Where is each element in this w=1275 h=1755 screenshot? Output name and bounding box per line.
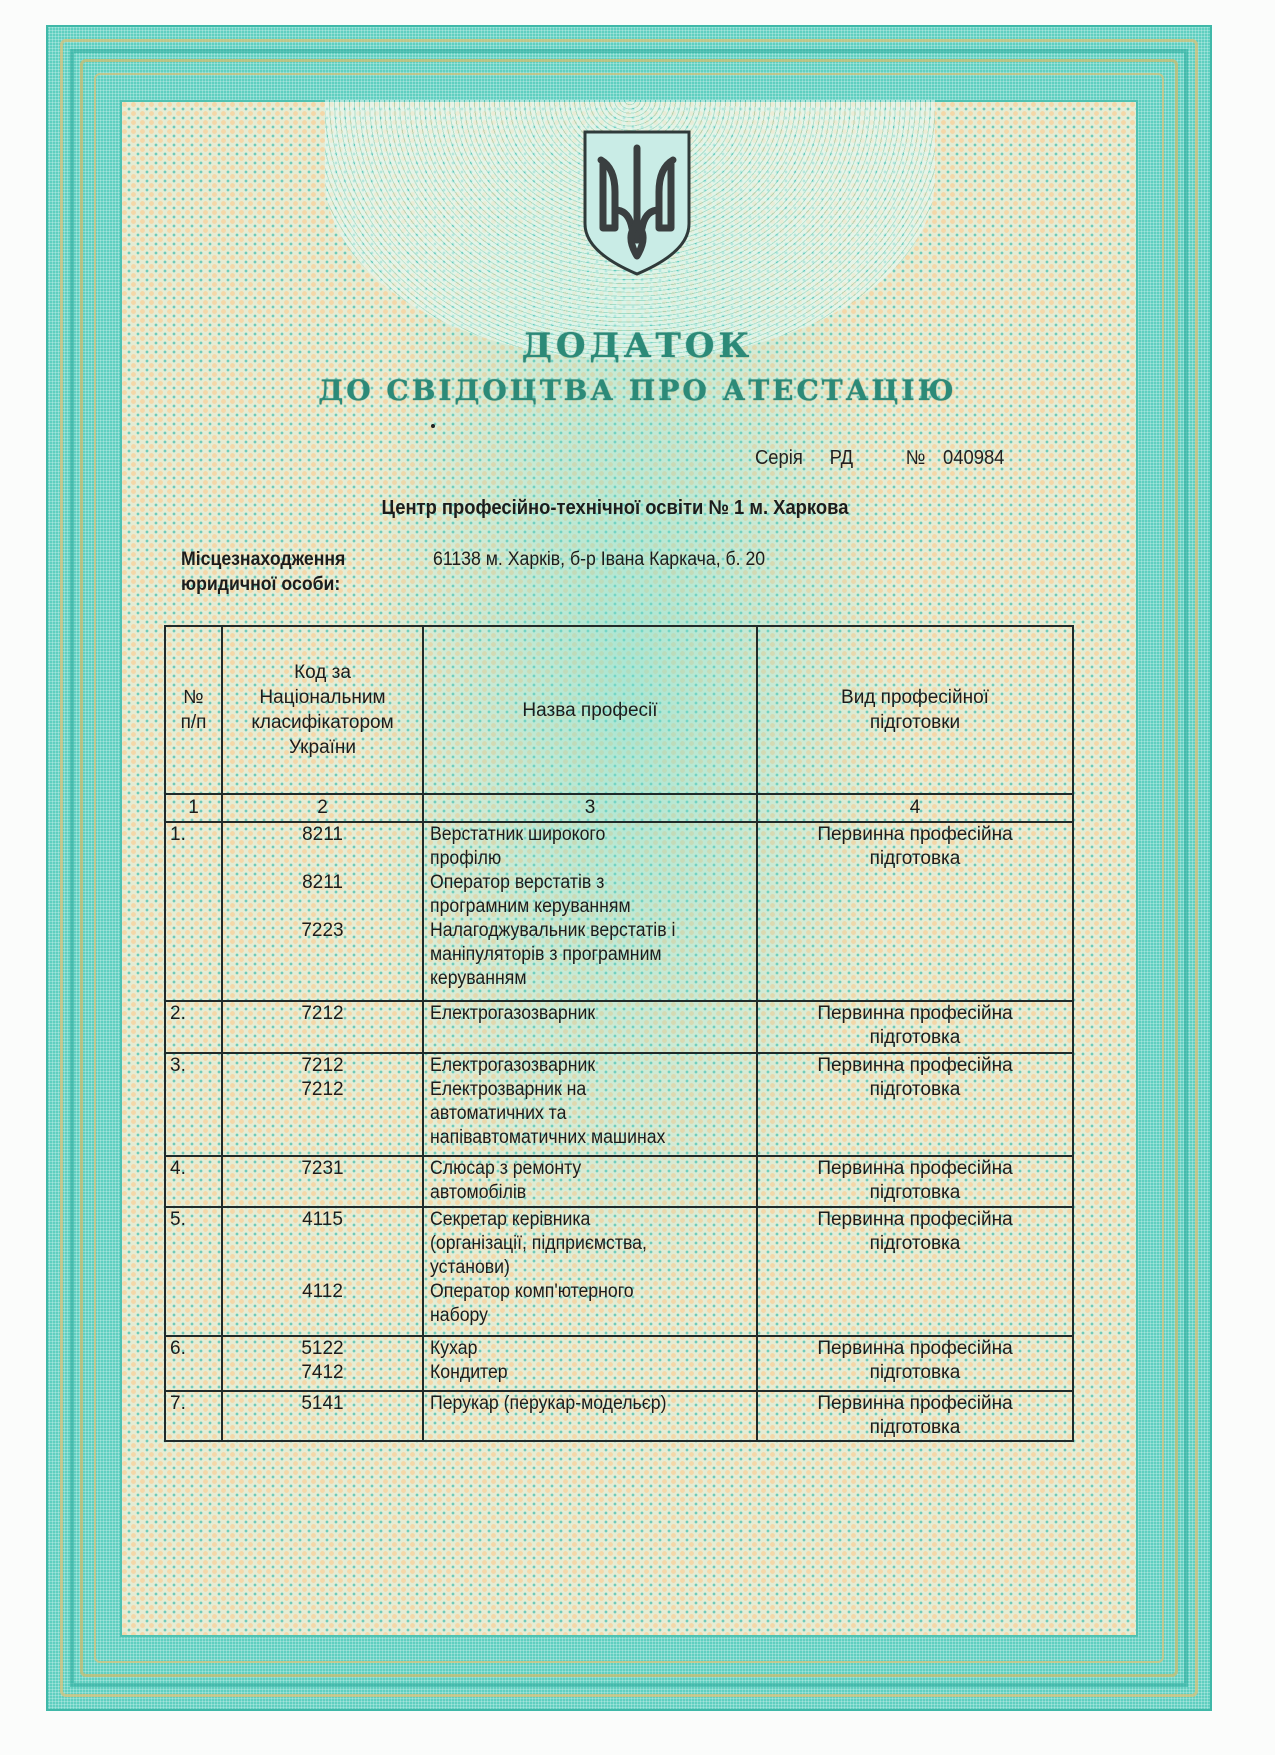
profession-name: Електрогазозварник bbox=[423, 1001, 757, 1053]
training-type: Первинна професійнапідготовка bbox=[757, 1391, 1073, 1441]
table-row: 4.7231Слюсар з ремонтуавтомобілівПервинн… bbox=[165, 1156, 1073, 1207]
profession-name: ЕлектрогазозварникЕлектрозварник наавтом… bbox=[423, 1053, 757, 1156]
header-profession: Назва професії bbox=[423, 626, 757, 794]
profession-name: Секретар керівника(організації, підприєм… bbox=[423, 1207, 757, 1336]
trident-coat-of-arms-icon bbox=[581, 128, 693, 276]
training-type: Первинна професійнапідготовка bbox=[757, 1001, 1073, 1053]
row-number: 4. bbox=[165, 1156, 222, 1207]
header-number: №п/п bbox=[165, 626, 222, 794]
row-number: 1. bbox=[165, 822, 222, 1001]
classifier-code: 41154112 bbox=[222, 1207, 423, 1336]
address-label: Місцезнаходження юридичної особи: bbox=[181, 547, 345, 597]
table-row: 6.51227412КухарКондитерПервинна професій… bbox=[165, 1336, 1073, 1391]
table-row: 5.41154112Секретар керівника(організації… bbox=[165, 1207, 1073, 1336]
training-type: Первинна професійнапідготовка bbox=[757, 1207, 1073, 1336]
profession-name: КухарКондитер bbox=[423, 1336, 757, 1391]
row-number: 5. bbox=[165, 1207, 222, 1336]
classifier-code: 821182117223 bbox=[222, 822, 423, 1001]
table-row: 2.7212ЕлектрогазозварникПервинна професі… bbox=[165, 1001, 1073, 1053]
professions-table: №п/п Код заНаціональнимкласифікаторомУкр… bbox=[164, 625, 1074, 1442]
profession-name: Слюсар з ремонтуавтомобілів bbox=[423, 1156, 757, 1207]
number-value: 040984 bbox=[943, 447, 1004, 470]
header-training-type: Вид професійноїпідготовки bbox=[757, 626, 1073, 794]
row-number: 2. bbox=[165, 1001, 222, 1053]
classifier-code: 5141 bbox=[222, 1391, 423, 1441]
profession-name: Перукар (перукар-модельєр) bbox=[423, 1391, 757, 1441]
classifier-code: 72127212 bbox=[222, 1053, 423, 1156]
training-type: Первинна професійнапідготовка bbox=[757, 1156, 1073, 1207]
number-label: № bbox=[906, 447, 926, 470]
training-type: Первинна професійнапідготовка bbox=[757, 822, 1073, 1001]
row-number: 3. bbox=[165, 1053, 222, 1156]
training-type: Первинна професійнапідготовка bbox=[757, 1053, 1073, 1156]
series-label: Серія bbox=[755, 447, 803, 470]
series-number: Серія РД № 040984 bbox=[755, 447, 1004, 470]
table-row: 1.821182117223Верстатник широкогопрофілю… bbox=[165, 822, 1073, 1001]
row-number: 6. bbox=[165, 1336, 222, 1391]
series-value: РД bbox=[830, 447, 854, 470]
table-header-row: №п/п Код заНаціональнимкласифікаторомУкр… bbox=[165, 626, 1073, 794]
classifier-code: 7212 bbox=[222, 1001, 423, 1053]
header-code: Код заНаціональнимкласифікаторомУкраїни bbox=[222, 626, 423, 794]
profession-name: Верстатник широкогопрофілюОператор верст… bbox=[423, 822, 757, 1001]
row-number: 7. bbox=[165, 1391, 222, 1441]
table-row: 7.5141Перукар (перукар-модельєр)Первинна… bbox=[165, 1391, 1073, 1441]
classifier-code: 51227412 bbox=[222, 1336, 423, 1391]
table-row: 3.72127212ЕлектрогазозварникЕлектрозварн… bbox=[165, 1053, 1073, 1156]
training-type: Первинна професійнапідготовка bbox=[757, 1336, 1073, 1391]
organization-name: Центр професійно-технічної освіти № 1 м.… bbox=[49, 497, 1181, 520]
document-title: ДОДАТОК bbox=[0, 326, 1275, 366]
document-subtitle: ДО СВІДОЦТВА ПРО АТЕСТАЦІЮ bbox=[0, 374, 1275, 407]
address-value: 61138 м. Харків, б-р Івана Каркача, б. 2… bbox=[433, 547, 765, 572]
classifier-code: 7231 bbox=[222, 1156, 423, 1207]
column-numbers-row: 1 2 3 4 bbox=[165, 794, 1073, 822]
ink-dot bbox=[431, 424, 435, 428]
